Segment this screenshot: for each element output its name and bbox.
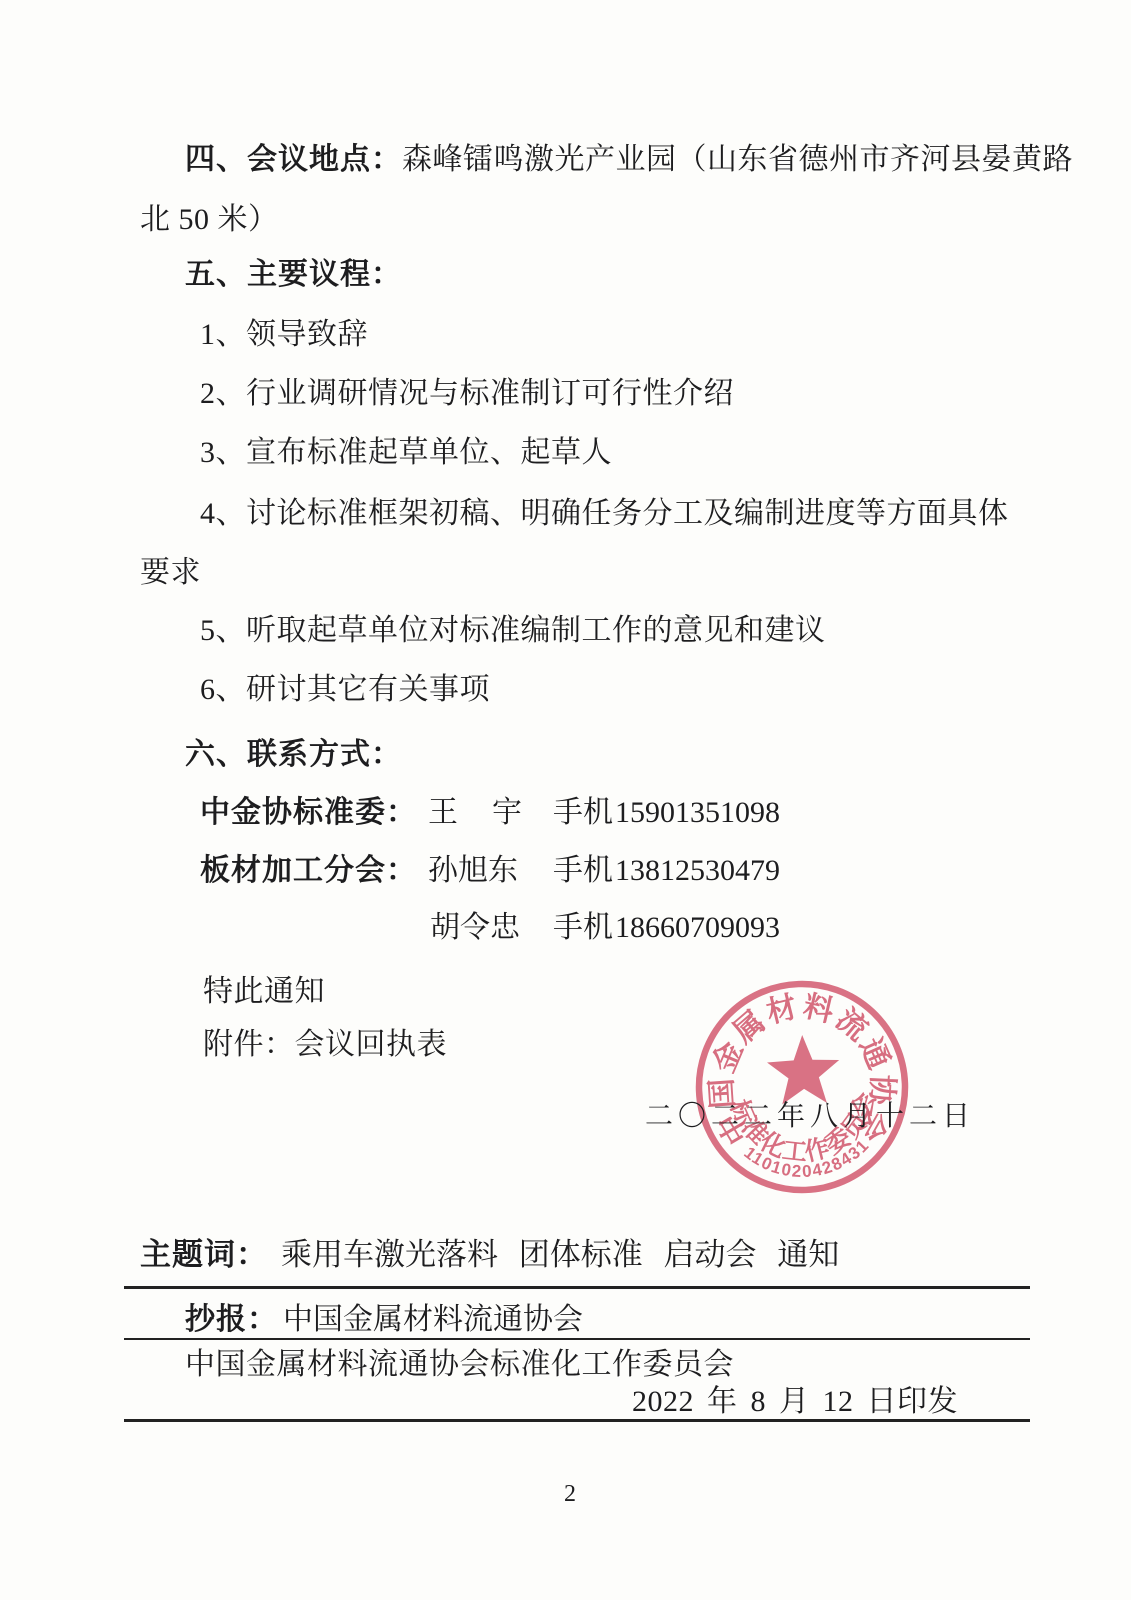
keywords-label: 主题词： <box>140 1238 268 1272</box>
agenda-item-4-line2: 要求 <box>140 556 201 590</box>
contact-row-3: 胡令忠 手机 18660709093 <box>0 911 1131 951</box>
issuer-name: 中国金属材料流通协会标准化工作委员会 <box>185 1348 734 1382</box>
footer-divider-1 <box>124 1286 1030 1289</box>
copy-to-label: 抄报： <box>185 1303 278 1337</box>
section6-heading: 六、联系方式： <box>185 738 402 772</box>
agenda-item-5: 5、听取起草单位对标准编制工作的意见和建议 <box>200 614 826 648</box>
section4-heading: 四、会议地点： <box>185 143 402 176</box>
contact-row-2: 板材加工分会： 孙旭东 手机 13812530479 <box>0 854 1131 894</box>
contact-row-1: 中金协标准委： 王 宇 手机 15901351098 <box>0 796 1131 836</box>
closing-notice: 特此通知 <box>203 975 325 1009</box>
contact-phone-label: 手机 <box>553 796 613 830</box>
agenda-item-2: 2、行业调研情况与标准制订可行性介绍 <box>200 377 734 411</box>
keywords-value: 乘用车激光落料 团体标准 启动会 通知 <box>281 1238 839 1272</box>
agenda-item-1: 1、领导致辞 <box>200 318 368 352</box>
contact-phone-number: 18660709093 <box>615 911 780 945</box>
section5-heading: 五、主要议程： <box>185 258 402 292</box>
footer-divider-2 <box>124 1338 1030 1340</box>
copy-to-value: 中国金属材料流通协会 <box>283 1303 583 1337</box>
contact-phone-number: 13812530479 <box>615 854 780 888</box>
document-page: 四、会议地点：森峰镭鸣激光产业园（山东省德州市齐河县晏黄路 北 50 米） 五、… <box>0 0 1131 1600</box>
footer-divider-3 <box>124 1419 1030 1422</box>
contact-org: 板材加工分会： <box>200 854 417 888</box>
section4-location-text: 森峰镭鸣激光产业园（山东省德州市齐河县晏黄路 <box>402 143 1073 176</box>
official-seal: 中国金属材料流通协会 标准化工作委员会 1101020428431 <box>668 953 937 1222</box>
seal-graphic: 中国金属材料流通协会 标准化工作委员会 1101020428431 <box>668 953 937 1222</box>
print-date: 2022 年 8 月 12 日印发 <box>632 1385 958 1419</box>
attachment-note: 附件：会议回执表 <box>203 1028 447 1062</box>
contact-name: 胡令忠 <box>430 911 520 945</box>
agenda-item-6: 6、研讨其它有关事项 <box>200 673 490 707</box>
issue-date-chinese: 二〇二二年八月十二日 <box>645 1094 975 1134</box>
agenda-item-3: 3、宣布标准起草单位、起草人 <box>200 436 612 470</box>
contact-org: 中金协标准委： <box>200 796 417 830</box>
agenda-item-4-line1: 4、讨论标准框架初稿、明确任务分工及编制进度等方面具体 <box>200 497 1009 531</box>
section4-line1: 四、会议地点：森峰镭鸣激光产业园（山东省德州市齐河县晏黄路 <box>185 143 1073 177</box>
copy-to-row: 抄报： 中国金属材料流通协会 <box>0 1303 1131 1343</box>
contact-name: 王 宇 <box>428 796 524 830</box>
keywords-row: 主题词： 乘用车激光落料 团体标准 启动会 通知 <box>0 1238 1131 1278</box>
contact-name: 孙旭东 <box>428 854 518 888</box>
section4-line2: 北 50 米） <box>140 203 279 237</box>
page-number: 2 <box>540 1481 600 1508</box>
contact-phone-label: 手机 <box>553 854 613 888</box>
contact-phone-label: 手机 <box>553 911 613 945</box>
contact-phone-number: 15901351098 <box>615 796 780 830</box>
